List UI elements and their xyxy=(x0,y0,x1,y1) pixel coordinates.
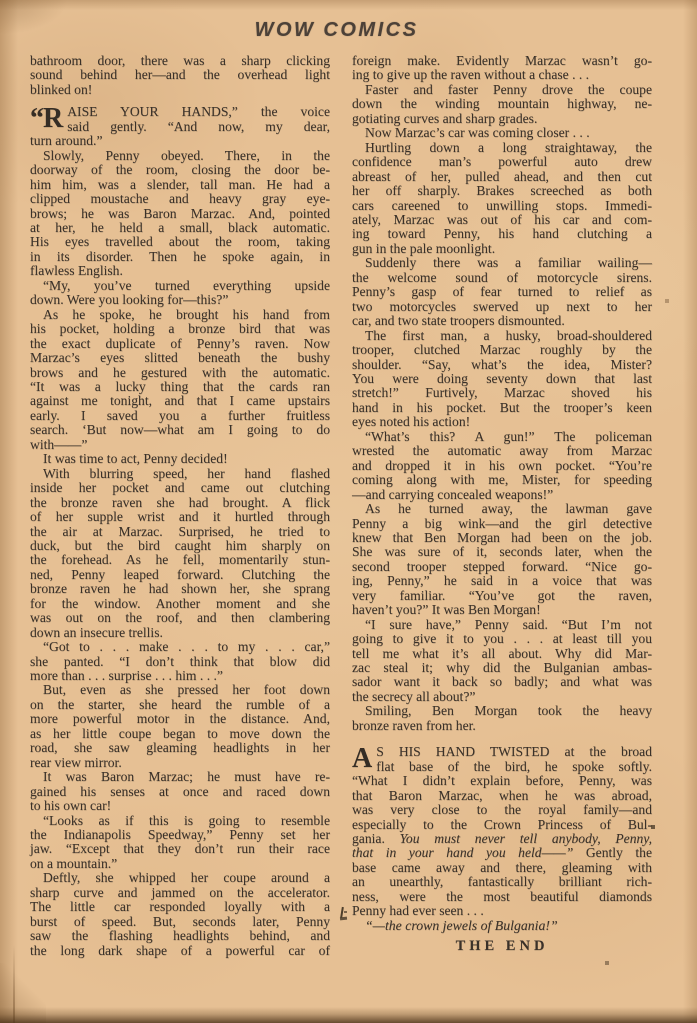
text-line: inside her pocket and came out clutching xyxy=(30,481,330,495)
paragraph: As he spoke, he brought his hand fromhis… xyxy=(30,308,330,453)
paragraph: But, even as she pressed her foot downon… xyxy=(30,683,330,770)
text-columns: bathroom door, there was a sharp clickin… xyxy=(30,54,652,958)
text-line: especially to the Crown Princess of Bul- xyxy=(352,818,652,832)
text-line: flat base of the bird, he spoke softly. xyxy=(352,760,652,774)
text-line: cars careened to unwilling stops. Immedi… xyxy=(352,199,652,213)
text-line: two motorcycles swerved up next to her xyxy=(352,300,652,314)
text-line: Hurtling down a long straightaway, the xyxy=(352,141,652,155)
text-line: going to give it to you . . . at least t… xyxy=(352,632,652,646)
text-line: tell me what it’s all about. Why did Mar… xyxy=(352,647,652,661)
text-line: with——” xyxy=(30,438,330,452)
text-line: brows; he was Baron Marzac. And, pointed xyxy=(30,207,330,221)
text-line: duck, but the bird caught him sharply on xyxy=(30,539,330,553)
drop-cap: “R xyxy=(30,106,62,132)
paragraph: Now Marzac’s car was coming closer . . . xyxy=(352,126,652,140)
text-line: “My, you’ve turned everything upside xyxy=(30,279,330,293)
text-line: bronze raven he had shown her, she spran… xyxy=(30,582,330,596)
text-line: Now Marzac’s car was coming closer . . . xyxy=(352,126,652,140)
paragraph: Suddenly there was a familiar wailing—th… xyxy=(352,256,652,328)
comic-text-page: WOW COMICS bathroom door, there was a sh… xyxy=(0,0,697,1023)
the-end: THE END xyxy=(352,939,652,953)
paragraph: Faster and faster Penny drove the couped… xyxy=(352,83,652,126)
text-line: blinked on! xyxy=(30,83,330,97)
text-line: zac steal it; why did the Bulganian amba… xyxy=(352,661,652,675)
roman-text: gania. xyxy=(352,831,400,846)
roman-text: Gently the xyxy=(573,845,652,860)
page-edge-left xyxy=(0,0,18,1023)
text-line: Faster and faster Penny drove the coupe xyxy=(352,83,652,97)
text-line: against me tonight, and that I came upst… xyxy=(30,394,330,408)
text-column-right: foreign make. Evidently Marzac wasn’t go… xyxy=(352,54,652,958)
paragraph: bathroom door, there was a sharp clickin… xyxy=(30,54,330,97)
text-line: for the window. Another moment and she xyxy=(30,597,330,611)
text-line: Smiling, Ben Morgan took the heavy xyxy=(352,704,652,718)
text-line: that Baron Marzac, when he was abroad, xyxy=(352,789,652,803)
text-line: “What I didn’t explain before, Penny, wa… xyxy=(352,774,652,788)
text-line: at her, he held a small, black automatic… xyxy=(30,221,330,235)
text-line: The little car responded loyally with a xyxy=(30,900,330,914)
text-line: The first man, a husky, broad-shouldered xyxy=(352,329,652,343)
text-line: Suddenly there was a familiar wailing— xyxy=(352,256,652,270)
text-line: As he turned away, the lawman gave xyxy=(352,502,652,516)
text-line: But, even as she pressed her foot down xyxy=(30,683,330,697)
page-edge-top xyxy=(0,0,697,10)
text-line: ned, Penny leaped forward. Clutching the xyxy=(30,568,330,582)
text-line: gained his senses at once and raced down xyxy=(30,785,330,799)
text-line: to his own car! xyxy=(30,799,330,813)
text-line: gotiating curves and sharp grades. xyxy=(352,112,652,126)
drop-cap: A xyxy=(352,746,371,772)
text-column-left: bathroom door, there was a sharp clickin… xyxy=(30,54,330,958)
text-line: the Indianapolis Speedway,” Penny set he… xyxy=(30,828,330,842)
text-line: ing toward Penny, his hand clutching a xyxy=(352,227,652,241)
text-line: of her supple wrist and it hurtled throu… xyxy=(30,510,330,524)
text-line: early. I saved you a further fruitless xyxy=(30,409,330,423)
text-line: saw the flashing headlights behind, and xyxy=(30,929,330,943)
text-line: and dropped it in his own pocket. “You’r… xyxy=(352,459,652,473)
text-line: “Looks as if this is going to resemble xyxy=(30,814,330,828)
text-line: down an insecure trellis. xyxy=(30,626,330,640)
text-line: She was sure of it, seconds later, when … xyxy=(352,545,652,559)
text-line: flawless English. xyxy=(30,264,330,278)
text-line: eyes noted his action! xyxy=(352,415,652,429)
text-line: confidence man’s powerful auto drew xyxy=(352,155,652,169)
paragraph: It was Baron Marzac; he must have re-gai… xyxy=(30,770,330,813)
text-line: gun in the pale moonlight. xyxy=(352,242,652,256)
text-line: S HIS HAND TWISTED at the broad xyxy=(352,745,652,759)
text-line: Penny a big wink—and the girl detective xyxy=(352,517,652,531)
text-line: as her little coupe began to move down t… xyxy=(30,727,330,741)
text-line: ately, Marzac was out of his car and com… xyxy=(352,213,652,227)
text-line: His eyes travelled about the room, takin… xyxy=(30,235,330,249)
text-line: foreign make. Evidently Marzac wasn’t go… xyxy=(352,54,652,68)
paragraph: “What’s this? A gun!” The policemanwrest… xyxy=(352,430,652,502)
text-line: It was Baron Marzac; he must have re- xyxy=(30,770,330,784)
text-line: more than . . . surprise . . . him . . .… xyxy=(30,669,330,683)
text-line: she panted. “I don’t think that blow did xyxy=(30,655,330,669)
text-line: second trooper stepped forward. “Nice go… xyxy=(352,560,652,574)
text-line: brows and he gestured with the automatic… xyxy=(30,366,330,380)
text-line: more powerful motor in the distance. And… xyxy=(30,712,330,726)
text-line: sharp curve and jammed on the accelerato… xyxy=(30,886,330,900)
text-line: the long dark shape of a powerful car of xyxy=(30,944,330,958)
text-line: road, she saw gleaming headlights in her xyxy=(30,741,330,755)
text-line: Slowly, Penny obeyed. There, in the xyxy=(30,149,330,163)
text-line: on the starter, she heard the rumble of … xyxy=(30,698,330,712)
text-line: doorway of the room, closing the door be… xyxy=(30,163,330,177)
text-line: an unearthly, fantastically brilliant ri… xyxy=(352,875,652,889)
text-line: down the winding mountain highway, ne- xyxy=(352,97,652,111)
text-line: rear view mirror. xyxy=(30,756,330,770)
text-line: Penny’s gasp of fear turned to relief as xyxy=(352,285,652,299)
paper-crease xyxy=(13,945,15,1023)
paper-specks xyxy=(0,0,2,2)
text-line: shoulder. “Say, what’s the idea, Mister? xyxy=(352,358,652,372)
paragraph: The first man, a husky, broad-shouldered… xyxy=(352,329,652,430)
text-line: You were doing seventy down that last xyxy=(352,372,652,386)
text-line: “It was a lucky thing that the cards ran xyxy=(30,380,330,394)
paragraph: “Got to . . . make . . . to my . . . car… xyxy=(30,640,330,683)
paragraph: foreign make. Evidently Marzac wasn’t go… xyxy=(352,54,652,83)
paragraph: Deftly, she whipped her coupe around ash… xyxy=(30,871,330,958)
paragraph: Hurtling down a long straightaway, theco… xyxy=(352,141,652,257)
corner-fold-bottom-left xyxy=(0,963,46,1023)
text-line: “Got to . . . make . . . to my . . . car… xyxy=(30,640,330,654)
text-line: knew that Ben Morgan had been on the job… xyxy=(352,531,652,545)
text-line: clipped moustache and heavy gray eye- xyxy=(30,192,330,206)
text-line: the bronze raven she had brought. A flic… xyxy=(30,496,330,510)
text-line: Marzac’s eyes slitted beneath the bushy xyxy=(30,351,330,365)
text-line: jaw. “Except that they don’t run their r… xyxy=(30,842,330,856)
text-line: As he spoke, he brought his hand from xyxy=(30,308,330,322)
text-line: search. ‘But now—what am I going to do xyxy=(30,423,330,437)
text-line: his pocket, holding a bronze bird that w… xyxy=(30,322,330,336)
text-line: car, and two state troopers dismounted. xyxy=(352,314,652,328)
paragraph: As he turned away, the lawman gavePenny … xyxy=(352,502,652,618)
paragraph: With blurring speed, her hand flashedins… xyxy=(30,467,330,640)
text-line: sador want it back so badly; and what wa… xyxy=(352,675,652,689)
text-line: “I sure have,” Penny said. “But I’m not xyxy=(352,618,652,632)
page-edge-right xyxy=(683,0,697,1023)
text-line: abreast of her, pulled ahead, and then c… xyxy=(352,170,652,184)
text-line: down. Were you looking for—this?” xyxy=(30,293,330,307)
text-line: the exact duplicate of Penny’s raven. No… xyxy=(30,337,330,351)
drop-cap-paragraph: AS HIS HAND TWISTED at the broadflat bas… xyxy=(352,745,652,918)
text-line: him him, was a slender, tall man. He had… xyxy=(30,178,330,192)
text-line: THE END xyxy=(352,939,652,953)
page-title: WOW COMICS xyxy=(0,19,685,42)
text-line: Penny had ever seen . . . xyxy=(352,904,652,918)
text-line: the secrecy all about?” xyxy=(352,690,652,704)
text-line: AISE YOUR HANDS,” the voice xyxy=(30,105,330,119)
paragraph: Slowly, Penny obeyed. There, in thedoorw… xyxy=(30,149,330,279)
paragraph: “Looks as if this is going to resembleth… xyxy=(30,814,330,872)
paragraph: It was time to act, Penny decided! xyxy=(30,452,330,466)
text-line: trooper, clutched Marzac roughly by the xyxy=(352,343,652,357)
text-line: said gently. “And now, my dear, xyxy=(30,120,330,134)
text-line: was very close to the royal family—and xyxy=(352,803,652,817)
text-line: in its disorder. Then he spoke again, in xyxy=(30,250,330,264)
text-line: sound behind her—and the overhead light xyxy=(30,68,330,82)
page-edge-bottom xyxy=(0,1007,697,1023)
text-line: her off sharply. Brakes screeched as bot… xyxy=(352,184,652,198)
text-line: haven’t you?” It was Ben Morgan! xyxy=(352,603,652,617)
text-line: gania. You must never tell anybody, Penn… xyxy=(352,832,652,846)
text-line: bathroom door, there was a sharp clickin… xyxy=(30,54,330,68)
text-line: stretch!” Furtively, Marzac shoved his xyxy=(352,386,652,400)
text-line: was out on the roof, and then clambering xyxy=(30,611,330,625)
text-line: the welcome sound of motorcycle sirens. xyxy=(352,271,652,285)
paragraph: Smiling, Ben Morgan took the heavybronze… xyxy=(352,704,652,733)
text-line: “—the crown jewels of Bulgania!” xyxy=(352,919,652,933)
text-line: “What’s this? A gun!” The policeman xyxy=(352,430,652,444)
text-line: base came away and there, gleaming with xyxy=(352,861,652,875)
text-line: turn around.” xyxy=(30,134,330,148)
paragraph: “I sure have,” Penny said. “But I’m notg… xyxy=(352,618,652,705)
italic-text: that in your hand you held——” xyxy=(352,845,573,860)
text-line: Deftly, she whipped her coupe around a xyxy=(30,871,330,885)
text-line: With blurring speed, her hand flashed xyxy=(30,467,330,481)
text-line: burst of speed. But, seconds later, Penn… xyxy=(30,915,330,929)
italic-text: You must never tell anybody, Penny, xyxy=(400,831,652,846)
text-line: coming along with me, Mister, for speedi… xyxy=(352,473,652,487)
text-line: ness, were the most beautiful diamonds xyxy=(352,890,652,904)
text-line: It was time to act, Penny decided! xyxy=(30,452,330,466)
drop-cap-paragraph: “RAISE YOUR HANDS,” the voicesaid gently… xyxy=(30,105,330,148)
text-line: hand in his pocket. But the trooper’s ke… xyxy=(352,401,652,415)
text-line: —and carrying concealed weapons!” xyxy=(352,488,652,502)
text-line: wrested the automatic away from Marzac xyxy=(352,444,652,458)
text-line: that in your hand you held——” Gently the xyxy=(352,846,652,860)
paragraph: “My, you’ve turned everything upsidedown… xyxy=(30,279,330,308)
text-line: the forehead. As he fell, momentarily st… xyxy=(30,553,330,567)
text-line: on a mountain.” xyxy=(30,857,330,871)
paragraph: “—the crown jewels of Bulgania!” xyxy=(352,919,652,933)
text-line: ing, Penny,” he said in a voice that was xyxy=(352,574,652,588)
text-line: bronze raven from her. xyxy=(352,719,652,733)
text-line: very familiar. “You’ve got the raven, xyxy=(352,589,652,603)
text-line: the air at Marzac. Surprised, he tried t… xyxy=(30,525,330,539)
text-line: ing to give up the raven without a chase… xyxy=(352,68,652,82)
italic-text: “—the crown jewels of Bulgania!” xyxy=(365,918,558,933)
